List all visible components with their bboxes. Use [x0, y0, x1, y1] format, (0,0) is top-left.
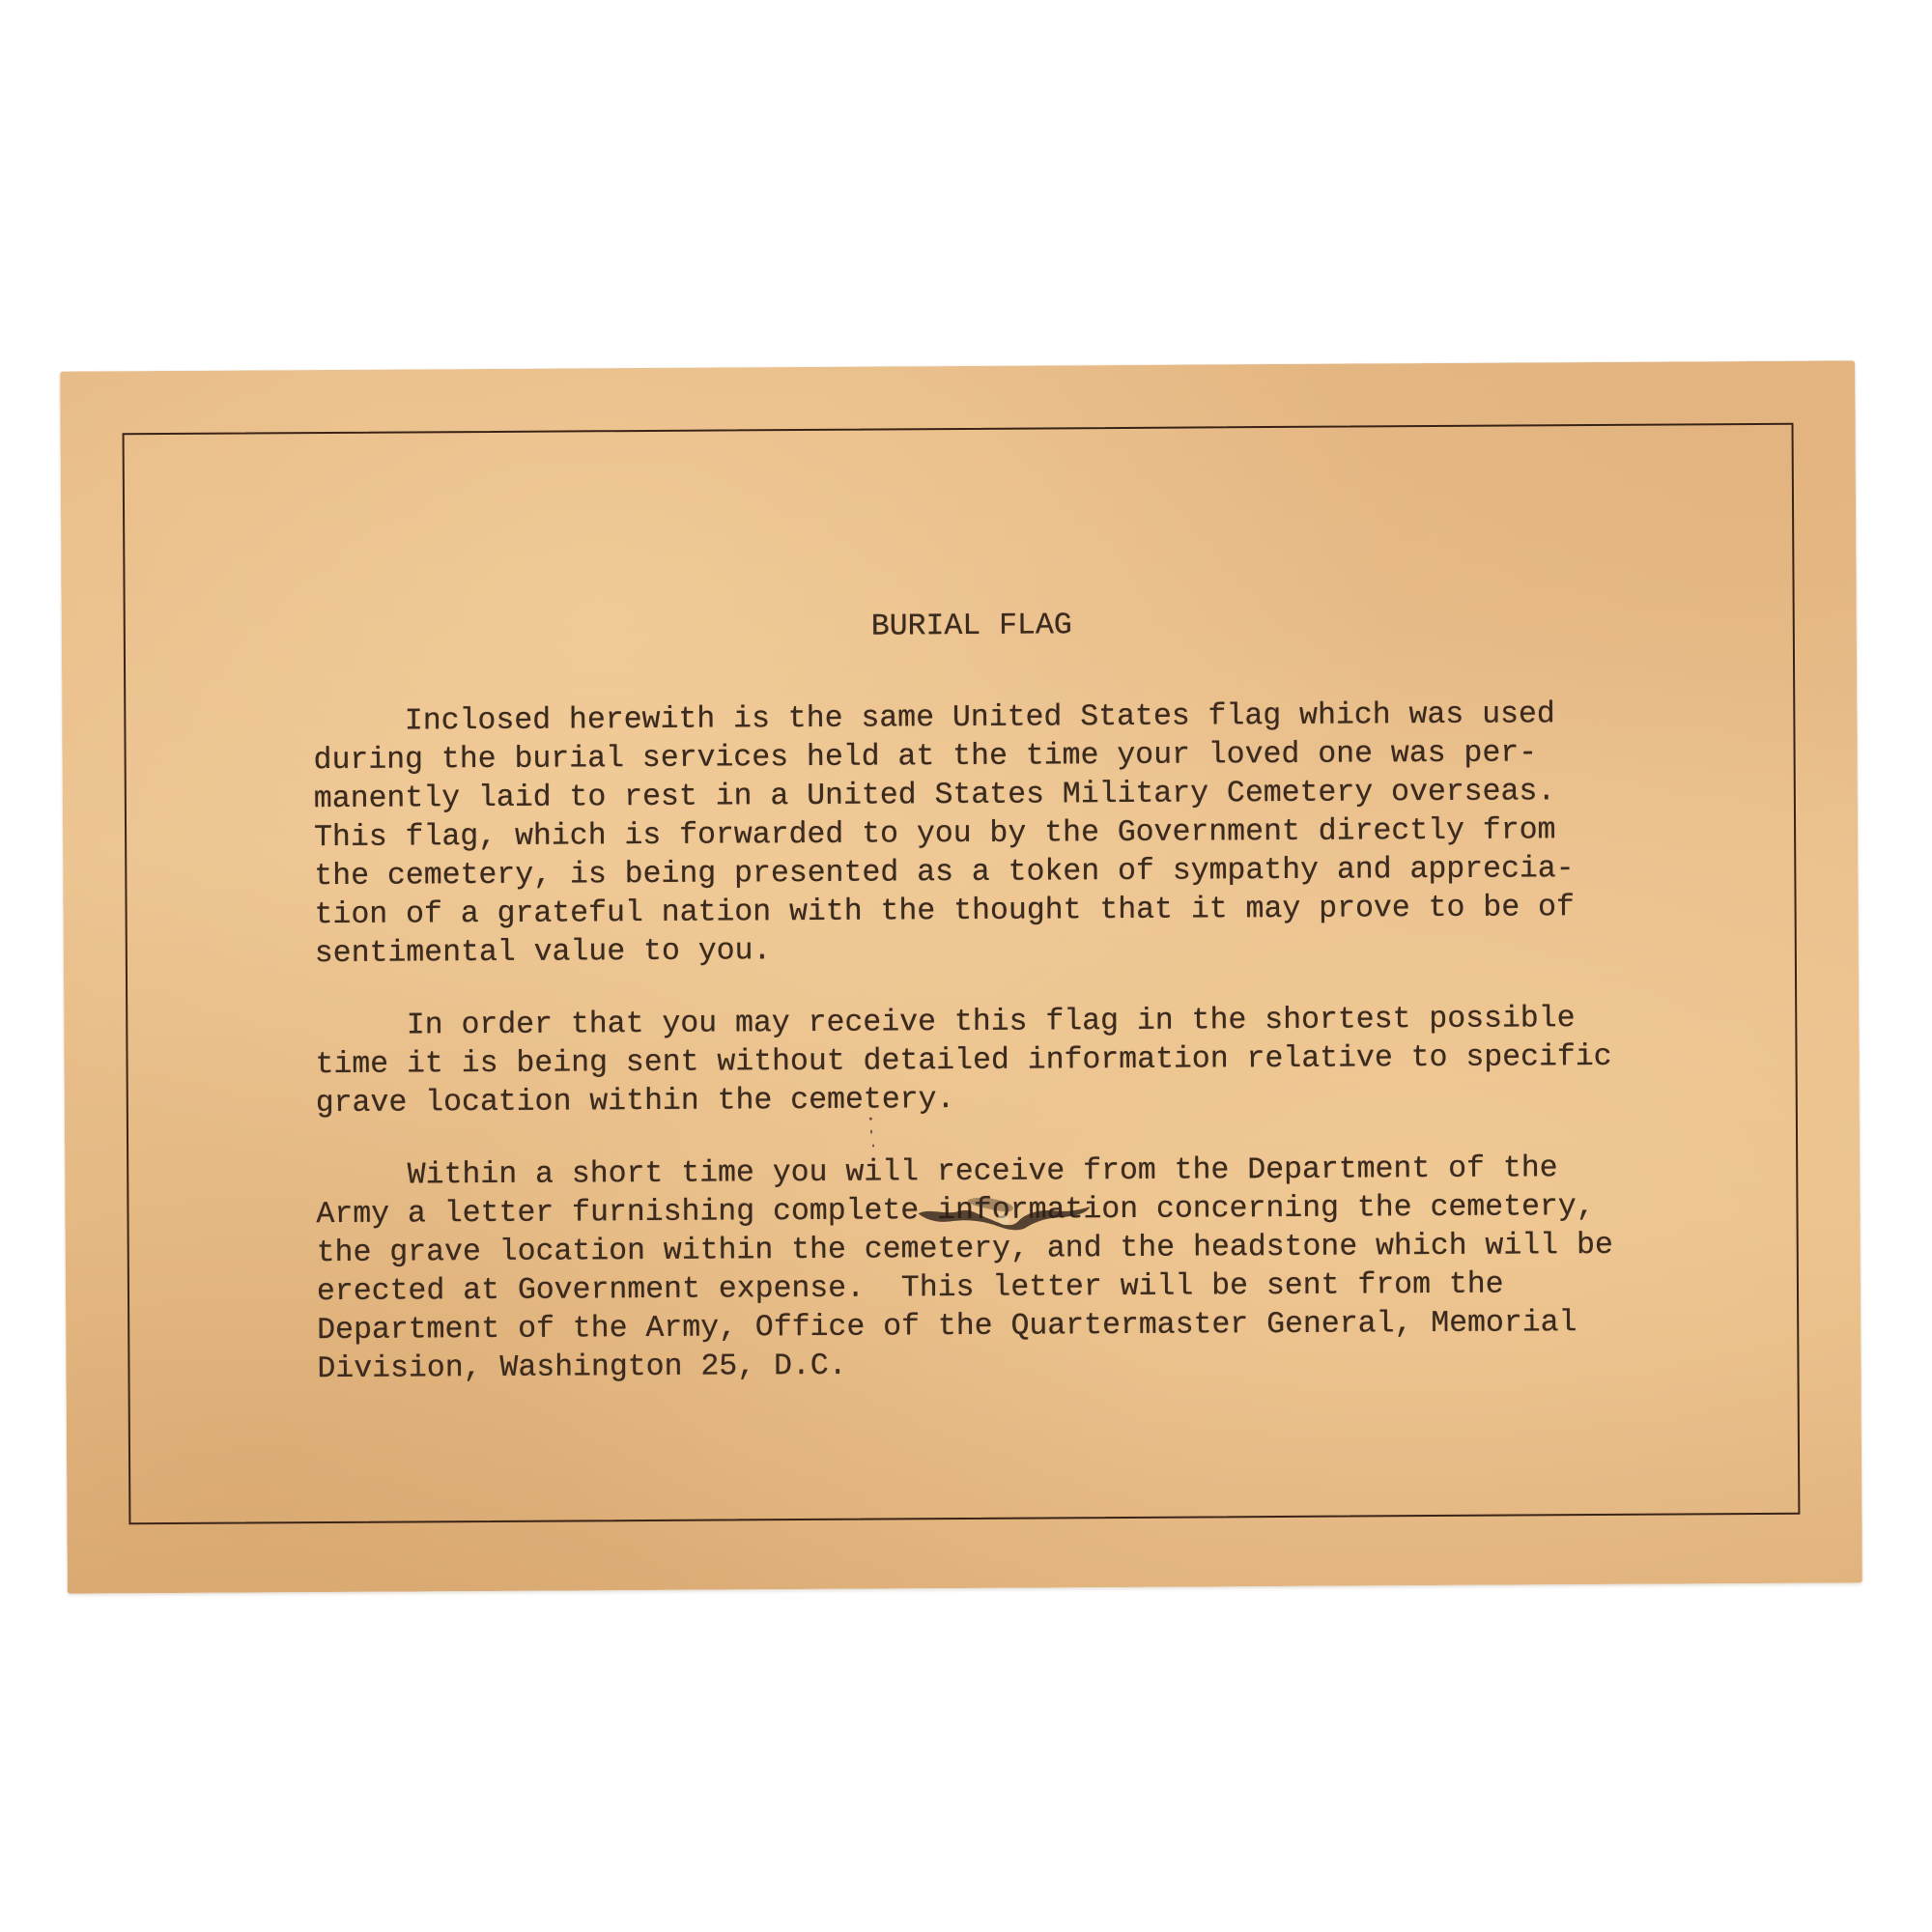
- ink-speck: [869, 1118, 872, 1121]
- typed-text-block: BURIAL FLAG Inclosed herewith is the sam…: [311, 361, 1741, 370]
- text-line: grave location within the cemetery.: [316, 1076, 1746, 1123]
- text-line: sentimental value to you.: [315, 926, 1745, 974]
- paragraph-3: Within a short time you will receive fro…: [316, 1149, 1747, 1389]
- paragraph-1: Inclosed herewith is the same United Sta…: [313, 695, 1745, 974]
- ink-speck: [870, 1130, 872, 1134]
- paragraph-2: In order that you may receive this flag …: [315, 999, 1746, 1123]
- text-line: Division, Washington 25, D.C.: [317, 1342, 1747, 1389]
- ink-speck: [872, 1145, 874, 1148]
- burial-flag-card: BURIAL FLAG Inclosed herewith is the sam…: [60, 360, 1862, 1593]
- document-body: Inclosed herewith is the same United Sta…: [313, 695, 1747, 1423]
